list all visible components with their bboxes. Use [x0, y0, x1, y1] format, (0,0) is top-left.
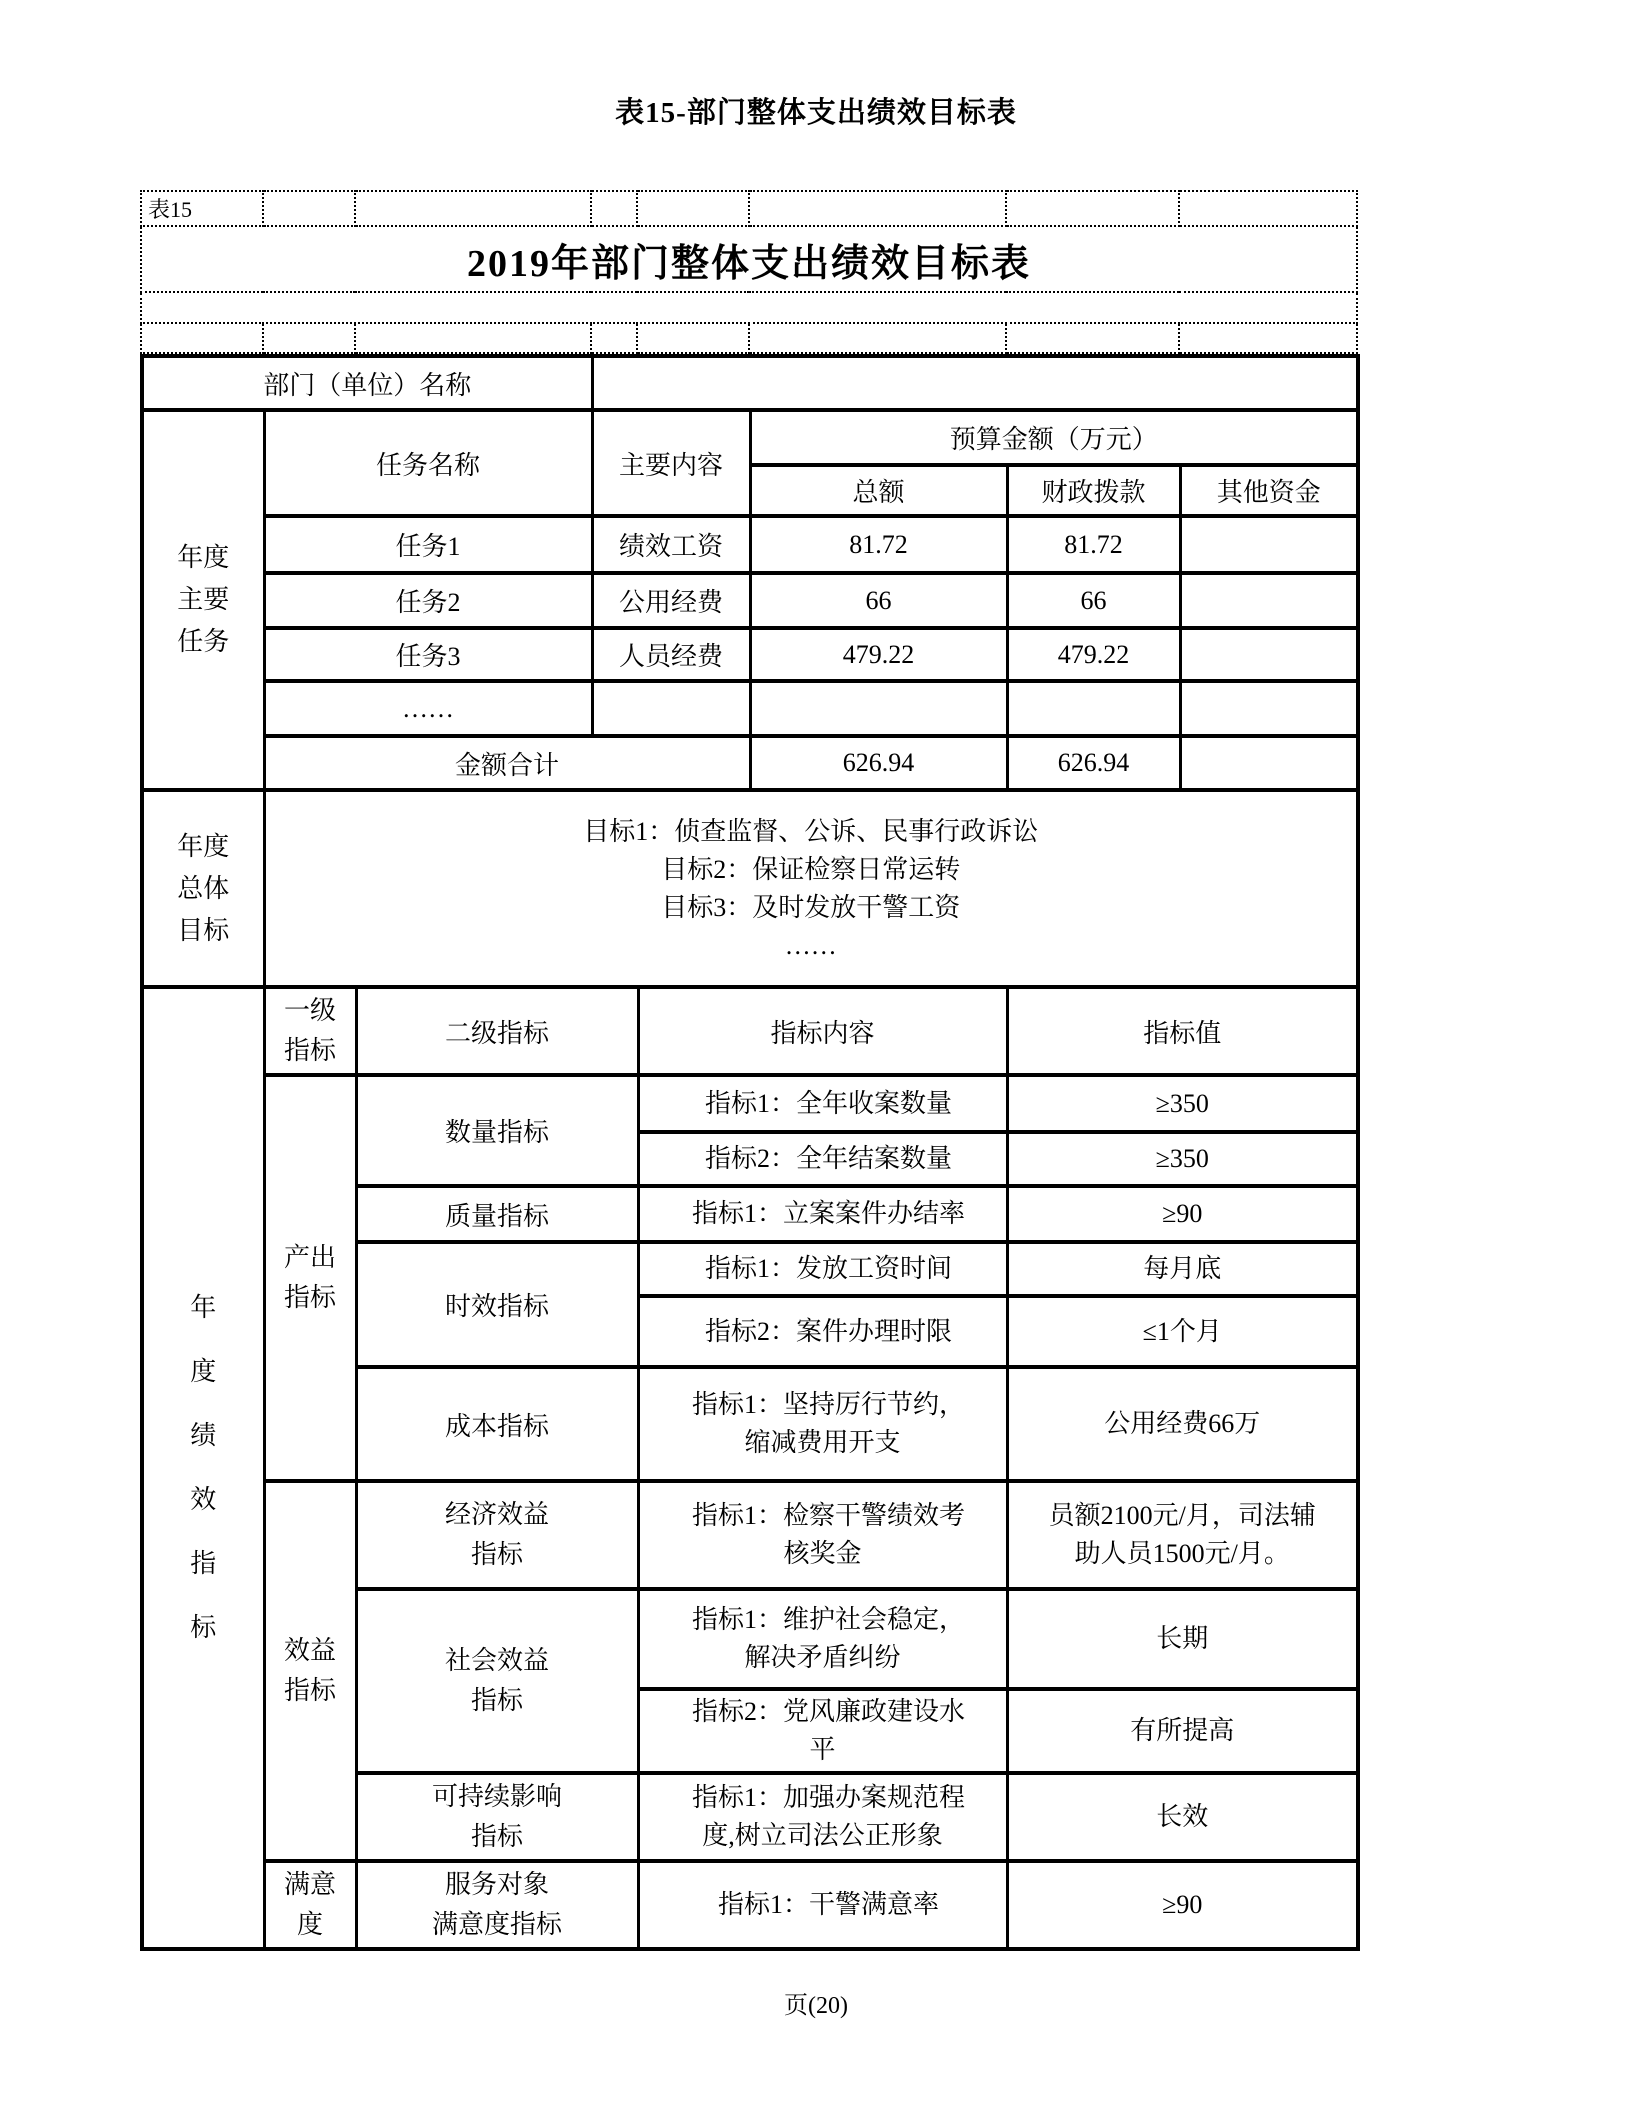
indicator-row-economic: 效益 指标 经济效益 指标 指标1：检察干警绩效考 核奖金 员额2100元/月，…	[142, 1481, 1358, 1589]
task-row-ellipsis: ……	[142, 681, 1358, 736]
ghost-grid-table: 表15 2019年部门整体支出绩效目标表	[140, 190, 1358, 354]
level2-service-label: 服务对象 满意度指标	[356, 1861, 638, 1949]
empty-cell	[355, 191, 591, 226]
task3-other	[1180, 628, 1358, 681]
indicator-row-quantity-1: 产出 指标 数量指标 指标1：全年收案数量 ≥350	[142, 1075, 1358, 1132]
empty-cell	[1006, 191, 1179, 226]
task-row-1: 任务1 绩效工资 81.72 81.72	[142, 516, 1358, 573]
level2-sustainable-label: 可持续影响 指标	[356, 1773, 638, 1861]
department-label: 部门（单位）名称	[142, 356, 592, 410]
tasks-total-other	[1180, 736, 1358, 790]
empty-cell	[263, 323, 355, 353]
indicator-value-timeliness-2: ≤1个月	[1007, 1296, 1358, 1367]
level1-benefit-label: 效益 指标	[264, 1481, 356, 1861]
tasks-total-label: 金额合计	[264, 736, 750, 790]
tasks-total-fiscal: 626.94	[1007, 736, 1180, 790]
level2-timeliness-label: 时效指标	[356, 1242, 638, 1367]
task2-total: 66	[750, 573, 1007, 628]
tasks-total-row: 金额合计 626.94 626.94	[142, 736, 1358, 790]
level2-quality-label: 质量指标	[356, 1186, 638, 1242]
empty-cell	[141, 323, 263, 353]
indicator-content-quality: 指标1：立案案件办结率	[638, 1186, 1007, 1242]
annual-goals-row: 年度 总体 目标 目标1：侦查监督、公诉、民事行政诉讼 目标2：保证检察日常运转…	[142, 790, 1358, 987]
empty-cell	[591, 323, 637, 353]
indicator-row-satisfaction: 满意 度 服务对象 满意度指标 指标1：干警满意率 ≥90	[142, 1861, 1358, 1949]
indicator-value-social-1: 长期	[1007, 1589, 1358, 1689]
sheet-title: 2019年部门整体支出绩效目标表	[141, 226, 1357, 292]
spreadsheet-area: 表15 2019年部门整体支出绩效目标表	[140, 190, 1356, 1951]
sheet-title-row: 2019年部门整体支出绩效目标表	[141, 226, 1357, 292]
level2-social-label: 社会效益 指标	[356, 1589, 638, 1773]
col-header-level2: 二级指标	[356, 987, 638, 1075]
indicator-content-cost: 指标1：坚持厉行节约， 缩减费用开支	[638, 1367, 1007, 1481]
indicator-value-satisfaction: ≥90	[1007, 1861, 1358, 1949]
sheet-tab-label-cell: 表15	[141, 191, 263, 226]
task3-fiscal: 479.22	[1007, 628, 1180, 681]
task1-content: 绩效工资	[592, 516, 750, 573]
task-ellipsis-total	[750, 681, 1007, 736]
indicator-content-economic: 指标1：检察干警绩效考 核奖金	[638, 1481, 1007, 1589]
task2-name: 任务2	[264, 573, 592, 628]
empty-cell	[141, 292, 1357, 323]
task1-name: 任务1	[264, 516, 592, 573]
task-ellipsis-content	[592, 681, 750, 736]
task-ellipsis-other	[1180, 681, 1358, 736]
indicator-content-social-2: 指标2：党风廉政建设水 平	[638, 1689, 1007, 1773]
empty-cell	[637, 323, 749, 353]
col-header-indicator-content: 指标内容	[638, 987, 1007, 1075]
level1-satisfaction-label: 满意 度	[264, 1861, 356, 1949]
empty-cell	[749, 191, 1006, 226]
performance-target-table: 部门（单位）名称 年度 主要 任务 任务名称 主要内容 预算金额（万元） 总额 …	[140, 354, 1360, 1951]
col-header-indicator-value: 指标值	[1007, 987, 1358, 1075]
department-row: 部门（单位）名称	[142, 356, 1358, 410]
document-page: 表15-部门整体支出绩效目标表 表15 2019年部门整体支出绩效目标表	[0, 0, 1632, 2112]
tasks-header-row-1: 年度 主要 任务 任务名称 主要内容 预算金额（万元）	[142, 410, 1358, 465]
task3-content: 人员经费	[592, 628, 750, 681]
col-header-level1: 一级 指标	[264, 987, 356, 1075]
task1-total: 81.72	[750, 516, 1007, 573]
col-header-other: 其他资金	[1180, 465, 1358, 516]
empty-cell	[355, 323, 591, 353]
task1-other	[1180, 516, 1358, 573]
indicator-value-quantity-2: ≥350	[1007, 1132, 1358, 1186]
indicators-header-row: 年 度 绩 效 指 标 一级 指标 二级指标 指标内容 指标值	[142, 987, 1358, 1075]
department-value	[592, 356, 1358, 410]
task-row-3: 任务3 人员经费 479.22 479.22	[142, 628, 1358, 681]
page-header-title: 表15-部门整体支出绩效目标表	[0, 90, 1632, 131]
indicator-content-timeliness-1: 指标1：发放工资时间	[638, 1242, 1007, 1296]
col-header-main-content: 主要内容	[592, 410, 750, 516]
indicator-content-quantity-2: 指标2：全年结案数量	[638, 1132, 1007, 1186]
empty-cell	[1006, 323, 1179, 353]
level2-cost-label: 成本指标	[356, 1367, 638, 1481]
task-row-2: 任务2 公用经费 66 66	[142, 573, 1358, 628]
task2-other	[1180, 573, 1358, 628]
empty-cell	[749, 323, 1006, 353]
indicator-value-timeliness-1: 每月底	[1007, 1242, 1358, 1296]
empty-cell	[263, 191, 355, 226]
page-footer-number: 页(20)	[0, 1985, 1632, 2020]
indicator-value-quantity-1: ≥350	[1007, 1075, 1358, 1132]
goals-section-label: 年度 总体 目标	[142, 790, 264, 987]
task2-content: 公用经费	[592, 573, 750, 628]
col-header-fiscal: 财政拨款	[1007, 465, 1180, 516]
sheet-tab-row: 表15	[141, 191, 1357, 226]
indicator-value-economic: 员额2100元/月，司法辅 助人员1500元/月。	[1007, 1481, 1358, 1589]
indicator-content-timeliness-2: 指标2：案件办理时限	[638, 1296, 1007, 1367]
empty-spacer-row	[141, 292, 1357, 323]
empty-cell	[1179, 191, 1357, 226]
indicator-content-sustainable: 指标1：加强办案规范程 度,树立司法公正形象	[638, 1773, 1007, 1861]
task1-fiscal: 81.72	[1007, 516, 1180, 573]
col-header-budget-group: 预算金额（万元）	[750, 410, 1358, 465]
col-header-total: 总额	[750, 465, 1007, 516]
col-header-task-name: 任务名称	[264, 410, 592, 516]
empty-cell	[1179, 323, 1357, 353]
task-ellipsis-name: ……	[264, 681, 592, 736]
empty-cell	[637, 191, 749, 226]
level2-quantity-label: 数量指标	[356, 1075, 638, 1186]
indicator-content-satisfaction: 指标1：干警满意率	[638, 1861, 1007, 1949]
task2-fiscal: 66	[1007, 573, 1180, 628]
indicators-section-label: 年 度 绩 效 指 标	[142, 987, 264, 1949]
indicator-value-cost: 公用经费66万	[1007, 1367, 1358, 1481]
empty-grid-row	[141, 323, 1357, 353]
indicator-value-social-2: 有所提高	[1007, 1689, 1358, 1773]
indicator-content-social-1: 指标1：维护社会稳定， 解决矛盾纠纷	[638, 1589, 1007, 1689]
task3-total: 479.22	[750, 628, 1007, 681]
level1-output-label: 产出 指标	[264, 1075, 356, 1481]
task-ellipsis-fiscal	[1007, 681, 1180, 736]
tasks-total-total: 626.94	[750, 736, 1007, 790]
level2-economic-label: 经济效益 指标	[356, 1481, 638, 1589]
task3-name: 任务3	[264, 628, 592, 681]
indicator-value-sustainable: 长效	[1007, 1773, 1358, 1861]
empty-cell	[591, 191, 637, 226]
goals-text: 目标1：侦查监督、公诉、民事行政诉讼 目标2：保证检察日常运转 目标3：及时发放…	[264, 790, 1358, 987]
indicator-value-quality: ≥90	[1007, 1186, 1358, 1242]
tasks-section-label: 年度 主要 任务	[142, 410, 264, 790]
indicator-content-quantity-1: 指标1：全年收案数量	[638, 1075, 1007, 1132]
